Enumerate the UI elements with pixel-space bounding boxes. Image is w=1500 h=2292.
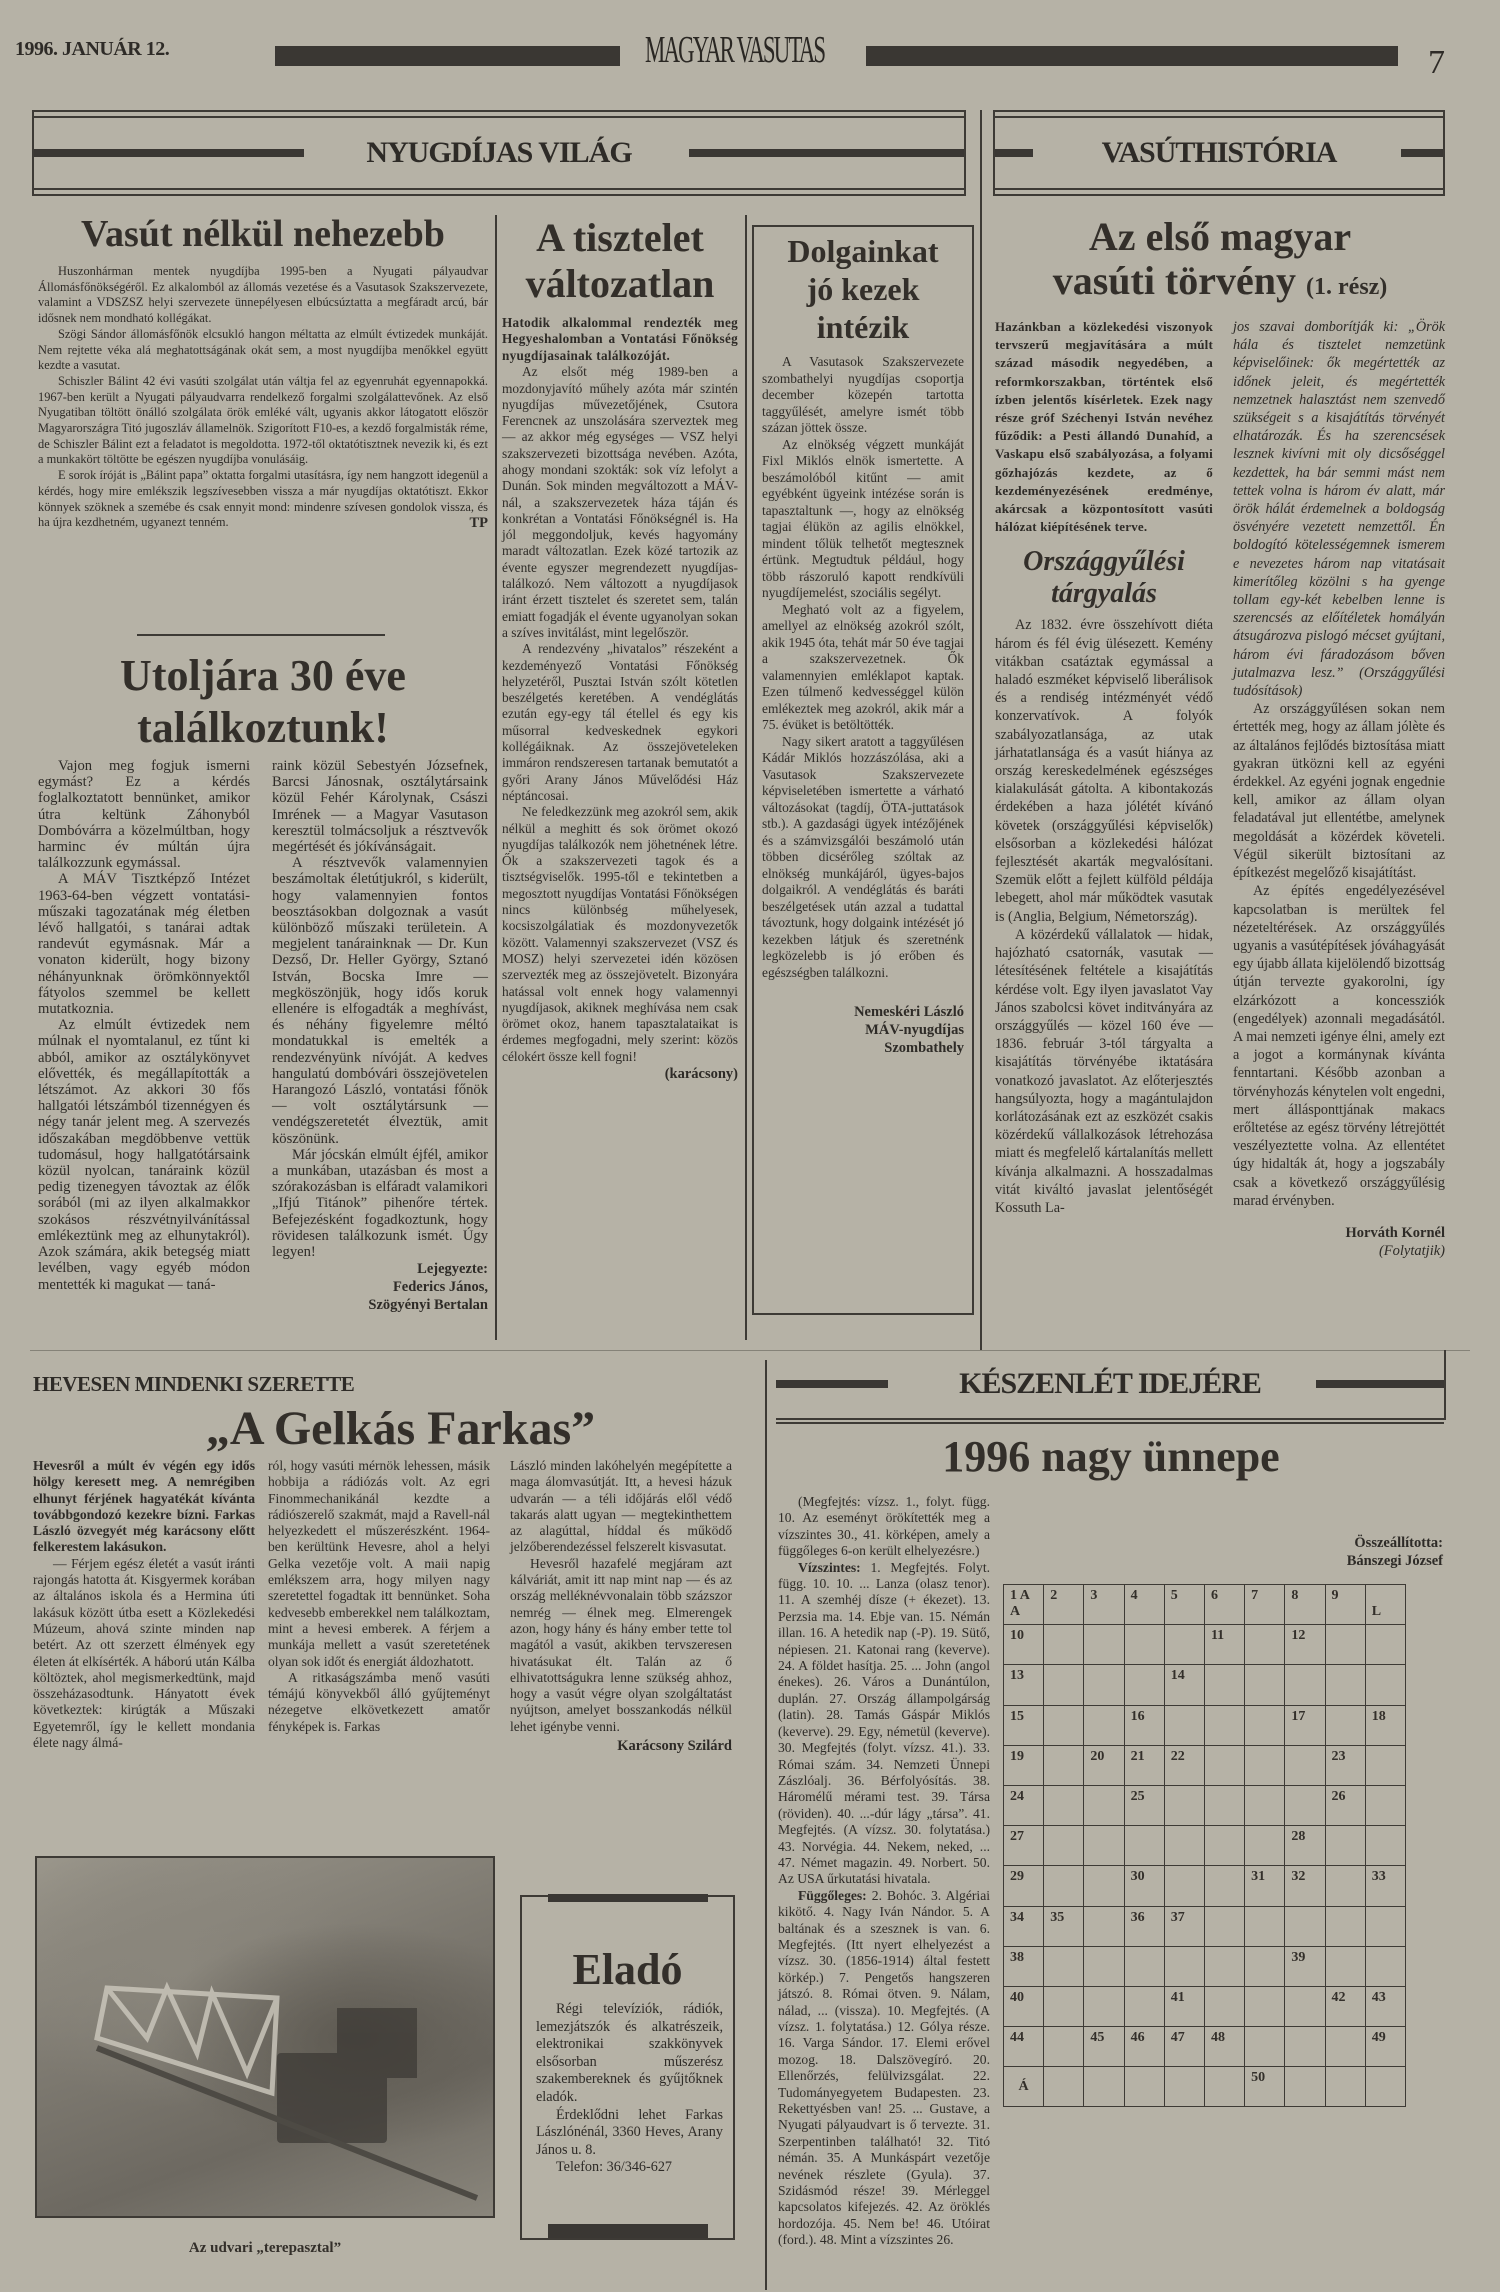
compiled-by: Bánszegi József: [1003, 1552, 1443, 1570]
crossword-cell[interactable]: 48: [1204, 2027, 1244, 2067]
crossword-cell[interactable]: [1044, 1705, 1084, 1745]
divider: [137, 634, 385, 636]
across-clues: 1. Megfejtés. Folyt. függ. 10. 10. ... L…: [778, 1560, 990, 1887]
crossword-cell[interactable]: [1124, 1826, 1164, 1866]
crossword-cell[interactable]: 32: [1285, 1866, 1325, 1906]
crossword-row: 15161718: [1004, 1705, 1406, 1745]
crossword-cell[interactable]: [1084, 1866, 1124, 1906]
crossword-cell[interactable]: [1285, 1785, 1325, 1825]
article-body: Az elsőt még 1989-ben a mozdonyjavító mű…: [502, 364, 738, 1065]
crossword-cell[interactable]: [1164, 1785, 1204, 1825]
ad-body: Régi televíziók, rádiók, lemezjátszók és…: [522, 1995, 733, 2177]
crossword-cell[interactable]: [1245, 1946, 1285, 1986]
crossword-cell[interactable]: 19: [1004, 1745, 1044, 1785]
crossword-row: 444546474849: [1004, 2027, 1406, 2067]
article-title-line1: A tisztelet: [502, 215, 738, 261]
crossword-cell[interactable]: [1204, 1866, 1244, 1906]
crossword-cell[interactable]: 42: [1325, 1986, 1365, 2026]
section-banner-keszenlet: KÉSZENLÉT IDEJÉRE: [776, 1350, 1446, 1420]
crossword-row: 1314: [1004, 1665, 1406, 1705]
crossword-cell[interactable]: 37: [1164, 1906, 1204, 1946]
crossword-cell[interactable]: [1245, 1986, 1285, 2026]
crossword-cell[interactable]: [1204, 2067, 1244, 2107]
crossword-cell[interactable]: 41: [1164, 1986, 1204, 2026]
crossword-cell[interactable]: 5: [1164, 1585, 1204, 1625]
crossword-cell[interactable]: [1084, 1826, 1124, 1866]
crossword-cell[interactable]: [1084, 1785, 1124, 1825]
crossword-cell[interactable]: [1285, 1665, 1325, 1705]
crossword-cell[interactable]: 46: [1124, 2027, 1164, 2067]
crossword-cell[interactable]: [1285, 1906, 1325, 1946]
column-rule: [495, 215, 497, 1340]
article-gelkas-col2: ról, hogy vasúti mérnök lehessen, másik …: [268, 1458, 490, 1735]
article-body: László minden lakóhelyén megépítette a m…: [510, 1458, 732, 1735]
crossword-cell[interactable]: 34: [1004, 1906, 1044, 1946]
crossword-cell[interactable]: 24: [1004, 1785, 1044, 1825]
crossword-cell[interactable]: 45: [1084, 2027, 1124, 2067]
article-tisztelet: A tisztelet változatlan Hatodik alkalomm…: [502, 215, 738, 1083]
article-body: Az 1832. évre összehívott diéta három és…: [995, 616, 1213, 1217]
crossword-cell[interactable]: [1044, 1665, 1084, 1705]
crossword-cell[interactable]: [1044, 2067, 1084, 2107]
crossword-cell[interactable]: 13: [1004, 1665, 1044, 1705]
article-torveny-col1: Hazánkban a közlekedési viszonyok tervsz…: [995, 318, 1213, 1217]
article-body: Huszonhárman mentek nyugdíjba 1995-ben a…: [38, 264, 488, 531]
crossword-cell[interactable]: Á: [1004, 2067, 1044, 2107]
masthead: MAGYAR VASUTAS: [645, 28, 765, 72]
crossword-cell[interactable]: [1325, 1826, 1365, 1866]
crossword-row: 2728: [1004, 1826, 1406, 1866]
crossword-cell[interactable]: [1325, 1946, 1365, 1986]
crossword-cell[interactable]: 26: [1325, 1785, 1365, 1825]
crossword-cell[interactable]: 50: [1245, 2067, 1285, 2107]
article-vasut-nelkul: Vasút nélkül nehezebb Huszonhárman mente…: [38, 210, 488, 532]
crossword-cell[interactable]: 15: [1004, 1705, 1044, 1745]
crossword-cell[interactable]: [1365, 1665, 1405, 1705]
crossword-cell[interactable]: 7: [1245, 1585, 1285, 1625]
article-body: jos szavai domborítják ki: „Örök hála és…: [1233, 318, 1445, 1210]
article-body-col2: raink közül Sebestyén Józsefnek, Barcsi …: [272, 758, 488, 1314]
crossword-cell[interactable]: 44: [1004, 2027, 1044, 2067]
article-gelkas-header: HEVESEN MINDENKI SZERETTE „A Gelkás Fark…: [33, 1372, 768, 1457]
section-banner-nyugdijas: NYUGDÍJAS VILÁG: [32, 110, 966, 196]
article-body-col1: Vajon meg fogjuk ismerni egymást? Ez a k…: [38, 758, 250, 1293]
crossword-cell[interactable]: 39: [1285, 1946, 1325, 1986]
article-signature: Karácsony Szilárd: [510, 1737, 732, 1755]
article-title: Vasút nélkül nehezebb: [38, 210, 488, 258]
article-title-line3: intézik: [762, 308, 964, 346]
crossword-cell[interactable]: [1365, 2067, 1405, 2107]
crossword-row: 1920212223: [1004, 1745, 1406, 1785]
crossword-cell[interactable]: 12: [1285, 1625, 1325, 1665]
crossword-cell[interactable]: 10: [1004, 1625, 1044, 1665]
crossword-cell[interactable]: [1124, 2067, 1164, 2107]
article-title-line1: Utoljára 30 éve: [38, 650, 488, 702]
signature-role: MÁV-nyugdíjas: [762, 1021, 964, 1039]
crossword-cell[interactable]: 28: [1285, 1826, 1325, 1866]
crossword-cell[interactable]: [1245, 1625, 1285, 1665]
crossword-cell[interactable]: [1044, 1946, 1084, 1986]
article-kicker: HEVESEN MINDENKI SZERETTE: [33, 1372, 768, 1397]
crossword-cell[interactable]: [1084, 1906, 1124, 1946]
crossword-cell[interactable]: 14: [1164, 1665, 1204, 1705]
crossword-cell[interactable]: [1124, 1986, 1164, 2026]
crossword-cell[interactable]: [1124, 1946, 1164, 1986]
crossword-row: Á50: [1004, 2067, 1406, 2107]
crossword-cell[interactable]: 2: [1044, 1585, 1084, 1625]
crossword-cell[interactable]: 31: [1245, 1866, 1285, 1906]
ad-bottom-bar: [548, 2224, 708, 2238]
crossword-cell[interactable]: [1285, 1986, 1325, 2026]
article-title-line1: Dolgainkat: [762, 232, 964, 270]
header-rule-left: [275, 46, 620, 66]
crossword-row: 3839: [1004, 1946, 1406, 1986]
compiled-label: Összeállította:: [1003, 1534, 1443, 1552]
article-body: A Vasutasok Szakszervezete szombathelyi …: [762, 354, 964, 981]
crossword-cell[interactable]: 1 A A: [1004, 1585, 1044, 1625]
crossword-cell[interactable]: 33: [1365, 1866, 1405, 1906]
article-gelkas-col1: Hevesről a múlt év végén egy idős hölgy …: [33, 1458, 255, 1751]
signature-name: Szögyényi Bertalan: [272, 1296, 488, 1314]
crossword-cell[interactable]: [1325, 1705, 1365, 1745]
crossword-cell[interactable]: [1124, 1665, 1164, 1705]
crossword-cell[interactable]: [1245, 1745, 1285, 1785]
crossword-cell[interactable]: [1204, 1665, 1244, 1705]
crossword-row: 1 A A23456789 L: [1004, 1585, 1406, 1625]
crossword-cell[interactable]: 8: [1285, 1585, 1325, 1625]
crossword-cell[interactable]: 47: [1164, 2027, 1204, 2067]
article-title: „A Gelkás Farkas”: [33, 1401, 768, 1457]
article-gelkas-col3: László minden lakóhelyén megépítette a m…: [510, 1458, 732, 1755]
article-title-line2: változatlan: [502, 261, 738, 307]
header-rule-right: [866, 46, 1398, 66]
crossword-cell[interactable]: 9: [1325, 1585, 1365, 1625]
ad-box-elado: Eladó Régi televíziók, rádiók, lemezjáts…: [520, 1895, 735, 2240]
crossword-table: 1 A A23456789 L1011121314151617181920212…: [1003, 1584, 1406, 2107]
ad-title: Eladó: [522, 1945, 733, 1995]
column-rule: [765, 1360, 767, 2290]
crossword-cell[interactable]: [1204, 1785, 1244, 1825]
ad-top-bar: [548, 1894, 708, 1902]
crossword-cell[interactable]: [1164, 1705, 1204, 1745]
crossword-cell[interactable]: 11: [1204, 1625, 1244, 1665]
crossword-row: 242526: [1004, 1785, 1406, 1825]
photo-caption: Az udvari „terepasztal”: [35, 2240, 495, 2257]
crossword-cell[interactable]: 20: [1084, 1745, 1124, 1785]
crossword-cell[interactable]: 43: [1365, 1986, 1405, 2026]
crossword-row: 34353637: [1004, 1906, 1406, 1946]
article-lead: Hazánkban a közlekedési viszonyok tervsz…: [995, 318, 1213, 536]
crossword-cell[interactable]: [1084, 1625, 1124, 1665]
crossword-cell[interactable]: 16: [1124, 1705, 1164, 1745]
article-lead: Hevesről a múlt év végén egy idős hölgy …: [33, 1458, 255, 1556]
crossword-cell[interactable]: [1044, 1866, 1084, 1906]
crossword-cell[interactable]: [1084, 1946, 1124, 1986]
crossword-cell[interactable]: 21: [1124, 1745, 1164, 1785]
crossword-cell[interactable]: [1325, 2027, 1365, 2067]
crossword-cell[interactable]: [1325, 2067, 1365, 2107]
crossword-cell[interactable]: L: [1365, 1585, 1405, 1625]
crossword-cell[interactable]: [1164, 1826, 1204, 1866]
crossword-cell[interactable]: [1365, 1826, 1405, 1866]
crossword-grid: 1 A A23456789 L1011121314151617181920212…: [1003, 1584, 1406, 2107]
continuation-note: (Folytatjik): [1233, 1242, 1445, 1260]
crossword-cell[interactable]: [1204, 1986, 1244, 2026]
author-name: Horváth Kornél: [1233, 1224, 1445, 1242]
signature-label: Lejegyezte:: [272, 1260, 488, 1278]
crossword-cell[interactable]: [1084, 1705, 1124, 1745]
article-utoljara: Utoljára 30 éve találkoztunk!: [38, 650, 488, 754]
crossword-cell[interactable]: [1245, 1785, 1285, 1825]
bridge-illustration: [37, 1858, 493, 2216]
crossword-cell[interactable]: [1084, 1665, 1124, 1705]
article-title-line2: jó kezek: [762, 270, 964, 308]
crossword-cell[interactable]: [1285, 2067, 1325, 2107]
section-title: VASÚTHISTÓRIA: [1088, 136, 1351, 170]
crossword-cell[interactable]: [1124, 1625, 1164, 1665]
crossword-cell[interactable]: 6: [1204, 1585, 1244, 1625]
article-torveny-title: Az első magyar vasúti törvény (1. rész): [995, 215, 1445, 309]
down-label: Függőleges:: [798, 1888, 867, 1903]
page-number: 7: [1428, 44, 1445, 82]
crossword-cell[interactable]: [1325, 1665, 1365, 1705]
crossword-cell[interactable]: [1044, 1785, 1084, 1825]
crossword-cell[interactable]: [1245, 1826, 1285, 1866]
crossword-cell[interactable]: [1084, 2067, 1124, 2107]
crossword-cell[interactable]: [1044, 2027, 1084, 2067]
crossword-clues-col1: (Megfejtés: vízsz. 1., folyt. függ. 10. …: [778, 1494, 990, 2249]
crossword-cell[interactable]: [1044, 1745, 1084, 1785]
crossword-cell[interactable]: [1204, 1745, 1244, 1785]
crossword-cell[interactable]: [1365, 1625, 1405, 1665]
crossword-cell[interactable]: [1365, 1785, 1405, 1825]
section-title: NYUGDÍJAS VILÁG: [352, 136, 645, 170]
section-title: KÉSZENLÉT IDEJÉRE: [945, 1367, 1275, 1401]
article-lead: Hatodik alkalommal rendezték meg Hegyesh…: [502, 315, 738, 364]
column-rule: [980, 110, 982, 1350]
crossword-cell[interactable]: 29: [1004, 1866, 1044, 1906]
crossword-row: 2930313233: [1004, 1866, 1406, 1906]
crossword-cell[interactable]: 35: [1044, 1906, 1084, 1946]
crossword-cell[interactable]: [1084, 1986, 1124, 2026]
crossword-cell[interactable]: 23: [1325, 1745, 1365, 1785]
article-signature: (karácsony): [502, 1065, 738, 1083]
crossword-cell[interactable]: 22: [1164, 1745, 1204, 1785]
crossword-cell[interactable]: 38: [1004, 1946, 1044, 1986]
crossword-cell[interactable]: 17: [1285, 1705, 1325, 1745]
crossword-cell[interactable]: [1245, 2027, 1285, 2067]
across-label: Vízszintes:: [798, 1560, 861, 1575]
signature-place: Szombathely: [762, 1039, 964, 1057]
crossword-cell[interactable]: [1204, 1906, 1244, 1946]
crossword-row: 101112: [1004, 1625, 1406, 1665]
crossword-cell[interactable]: [1204, 1946, 1244, 1986]
article-body: ról, hogy vasúti mérnök lehessen, másik …: [268, 1458, 490, 1735]
crossword-cell[interactable]: [1285, 2027, 1325, 2067]
crossword-cell[interactable]: [1204, 1705, 1244, 1745]
photo-model-railway: [35, 1856, 495, 2218]
article-title-line2: találkoztunk!: [38, 702, 488, 754]
crossword-cell[interactable]: [1245, 1705, 1285, 1745]
crossword-cell[interactable]: [1044, 1826, 1084, 1866]
crossword-cell[interactable]: 30: [1124, 1866, 1164, 1906]
signature-name: Federics János,: [272, 1278, 488, 1296]
column-rule: [745, 215, 747, 1340]
crossword-cell[interactable]: 18: [1365, 1705, 1405, 1745]
down-clues: 2. Bohóc. 3. Algériai kikötő. 4. Nagy Iv…: [778, 1888, 990, 2248]
crossword-credits: Összeállította: Bánszegi József: [1003, 1494, 1443, 1570]
article-dolgainkat: Dolgainkat jó kezek intézik A Vasutasok …: [762, 232, 964, 1057]
crossword-row: 40414243: [1004, 1986, 1406, 2026]
crossword-cell[interactable]: [1285, 1745, 1325, 1785]
crossword-cell[interactable]: [1325, 1625, 1365, 1665]
crossword-cell[interactable]: [1164, 1625, 1204, 1665]
crossword-cell[interactable]: [1365, 1906, 1405, 1946]
article-part-label: (1. rész): [1306, 274, 1387, 300]
crossword-cell[interactable]: [1164, 1866, 1204, 1906]
article-title-line1: Az első magyar: [995, 215, 1445, 259]
crossword-cell[interactable]: [1245, 1906, 1285, 1946]
crossword-cell[interactable]: 49: [1365, 2027, 1405, 2067]
article-title-line2: vasúti törvény (1. rész): [995, 259, 1445, 309]
crossword-title: 1996 nagy ünnepe: [776, 1432, 1446, 1482]
crossword-cell[interactable]: [1164, 2067, 1204, 2107]
crossword-cell[interactable]: [1044, 1986, 1084, 2026]
subheading: Országgyűlési tárgyalás: [995, 546, 1213, 610]
issue-date: 1996. JANUÁR 12.: [15, 38, 169, 61]
article-torveny-col2: jos szavai domborítják ki: „Örök hála és…: [1233, 318, 1445, 1260]
crossword-cell[interactable]: 3: [1084, 1585, 1124, 1625]
crossword-cell[interactable]: 40: [1004, 1986, 1044, 2026]
signature-name: Nemeskéri László: [762, 1003, 964, 1021]
crossword-cell[interactable]: 4: [1124, 1585, 1164, 1625]
crossword-cell[interactable]: [1325, 1906, 1365, 1946]
article-body: — Férjem egész életét a vasút iránti raj…: [33, 1556, 255, 1752]
crossword-cell[interactable]: [1365, 1946, 1405, 1986]
section-banner-vasuthistoria: VASÚTHISTÓRIA: [993, 110, 1445, 196]
crossword-cell[interactable]: [1325, 1866, 1365, 1906]
crossword-cell[interactable]: [1245, 1665, 1285, 1705]
crossword-cell[interactable]: [1044, 1625, 1084, 1665]
crossword-cell[interactable]: [1204, 1826, 1244, 1866]
crossword-cell[interactable]: 27: [1004, 1826, 1044, 1866]
crossword-cell[interactable]: [1365, 1745, 1405, 1785]
crossword-cell[interactable]: 36: [1124, 1906, 1164, 1946]
crossword-cell[interactable]: 25: [1124, 1785, 1164, 1825]
crossword-cell[interactable]: [1164, 1946, 1204, 1986]
